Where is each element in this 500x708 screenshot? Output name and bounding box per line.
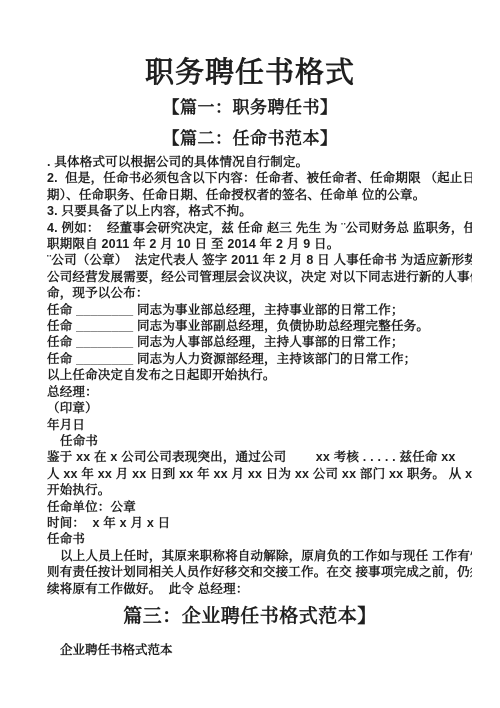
body-line: 年月日 (47, 417, 472, 433)
body-line: 任命 ________ 同志为事业部总经理，主持事业部的日常工作； (47, 302, 472, 318)
body-line: 以上人员上任时，其原来职称将自动解除，原肩负的工作如与现任 工作有悖， (47, 548, 472, 564)
body-line: . 具体格式可以根据公司的具体情况自行制定。 (47, 154, 472, 170)
body-line: 任命书 (47, 531, 472, 547)
body-line: 总经理： (47, 384, 472, 400)
body-line: 3. 只要具备了以上内容，格式不拘。 (47, 203, 472, 219)
body-line: 期）、任命职务、任命日期、任命授权者的签名、任命单 位的公章。 (47, 187, 472, 203)
body-line: 以上任命决定自发布之日起即开始执行。 (47, 367, 472, 383)
body-line: 2. 但是，任命书必须包含以下内容：任命者、被任命者、任命期限 （起止日 (47, 170, 472, 186)
body-line: 4. 例如： 经董事会研究决定，兹 任命 赵三 先生 为 ¨公司财务总 监职务，… (47, 220, 472, 236)
section-heading-part1: 【篇一：职务聘任书】 (0, 98, 500, 118)
body-line: 职期限自 2011 年 2 月 10 日 至 2014 年 2 月 9 日。 (47, 236, 472, 252)
body-line: 任命 ________ 同志为人事部总经理，主持人事部的日常工作； (47, 334, 472, 350)
body-line: ¨公司（公章） 法定代表人 签字 2011 年 2 月 8 日 人事任命书 为适… (47, 252, 472, 268)
body-line: 则有责任按计划同相关人员作好移交和交接工作。在交 接事项完成之前，仍须继 (47, 564, 472, 580)
body-line: 任命单位：公章 (47, 499, 472, 515)
document-page: 职务聘任书格式 【篇一：职务聘任书】 【篇二：任命书范本】 . 具体格式可以根据… (0, 0, 500, 708)
section-heading-part2: 【篇二：任命书范本】 (0, 129, 500, 149)
section-heading-part3: 篇三：企业聘任书格式范本】 (0, 604, 500, 630)
page-title: 职务聘任书格式 (0, 56, 500, 90)
body-line: 公司经营发展需要，经公司管理层会议决议，决定 对以下同志进行新的人事任 (47, 269, 472, 285)
body-line: 任命 ________ 同志为人力资源部经理，主持该部门的日常工作； (47, 351, 472, 367)
footer-note: 企业聘任书格式范本 (0, 642, 500, 659)
body-line: 命，现予以公布： (47, 285, 472, 301)
body-line: 开始执行。 (47, 482, 472, 498)
body-line: 续将原有工作做好。 此令 总经理： (47, 581, 472, 597)
body-line: 任命 ________ 同志为事业部副总经理，负债协助总经理完整任务。 (47, 318, 472, 334)
body-lines: . 具体格式可以根据公司的具体情况自行制定。2. 但是，任命书必须包含以下内容：… (0, 154, 500, 597)
body-line: 任命书 (47, 433, 472, 449)
body-line: 鉴于 xx 在 x 公司公司表现突出，通过公司 xx 考核 . . . . . … (47, 449, 472, 465)
body-line: 时间： x 年 x 月 x 日 (47, 515, 472, 531)
body-line: 人 xx 年 xx 月 xx 日到 xx 年 xx 月 xx 日为 xx 公司 … (47, 466, 472, 482)
body-line: （印章） (47, 400, 472, 416)
